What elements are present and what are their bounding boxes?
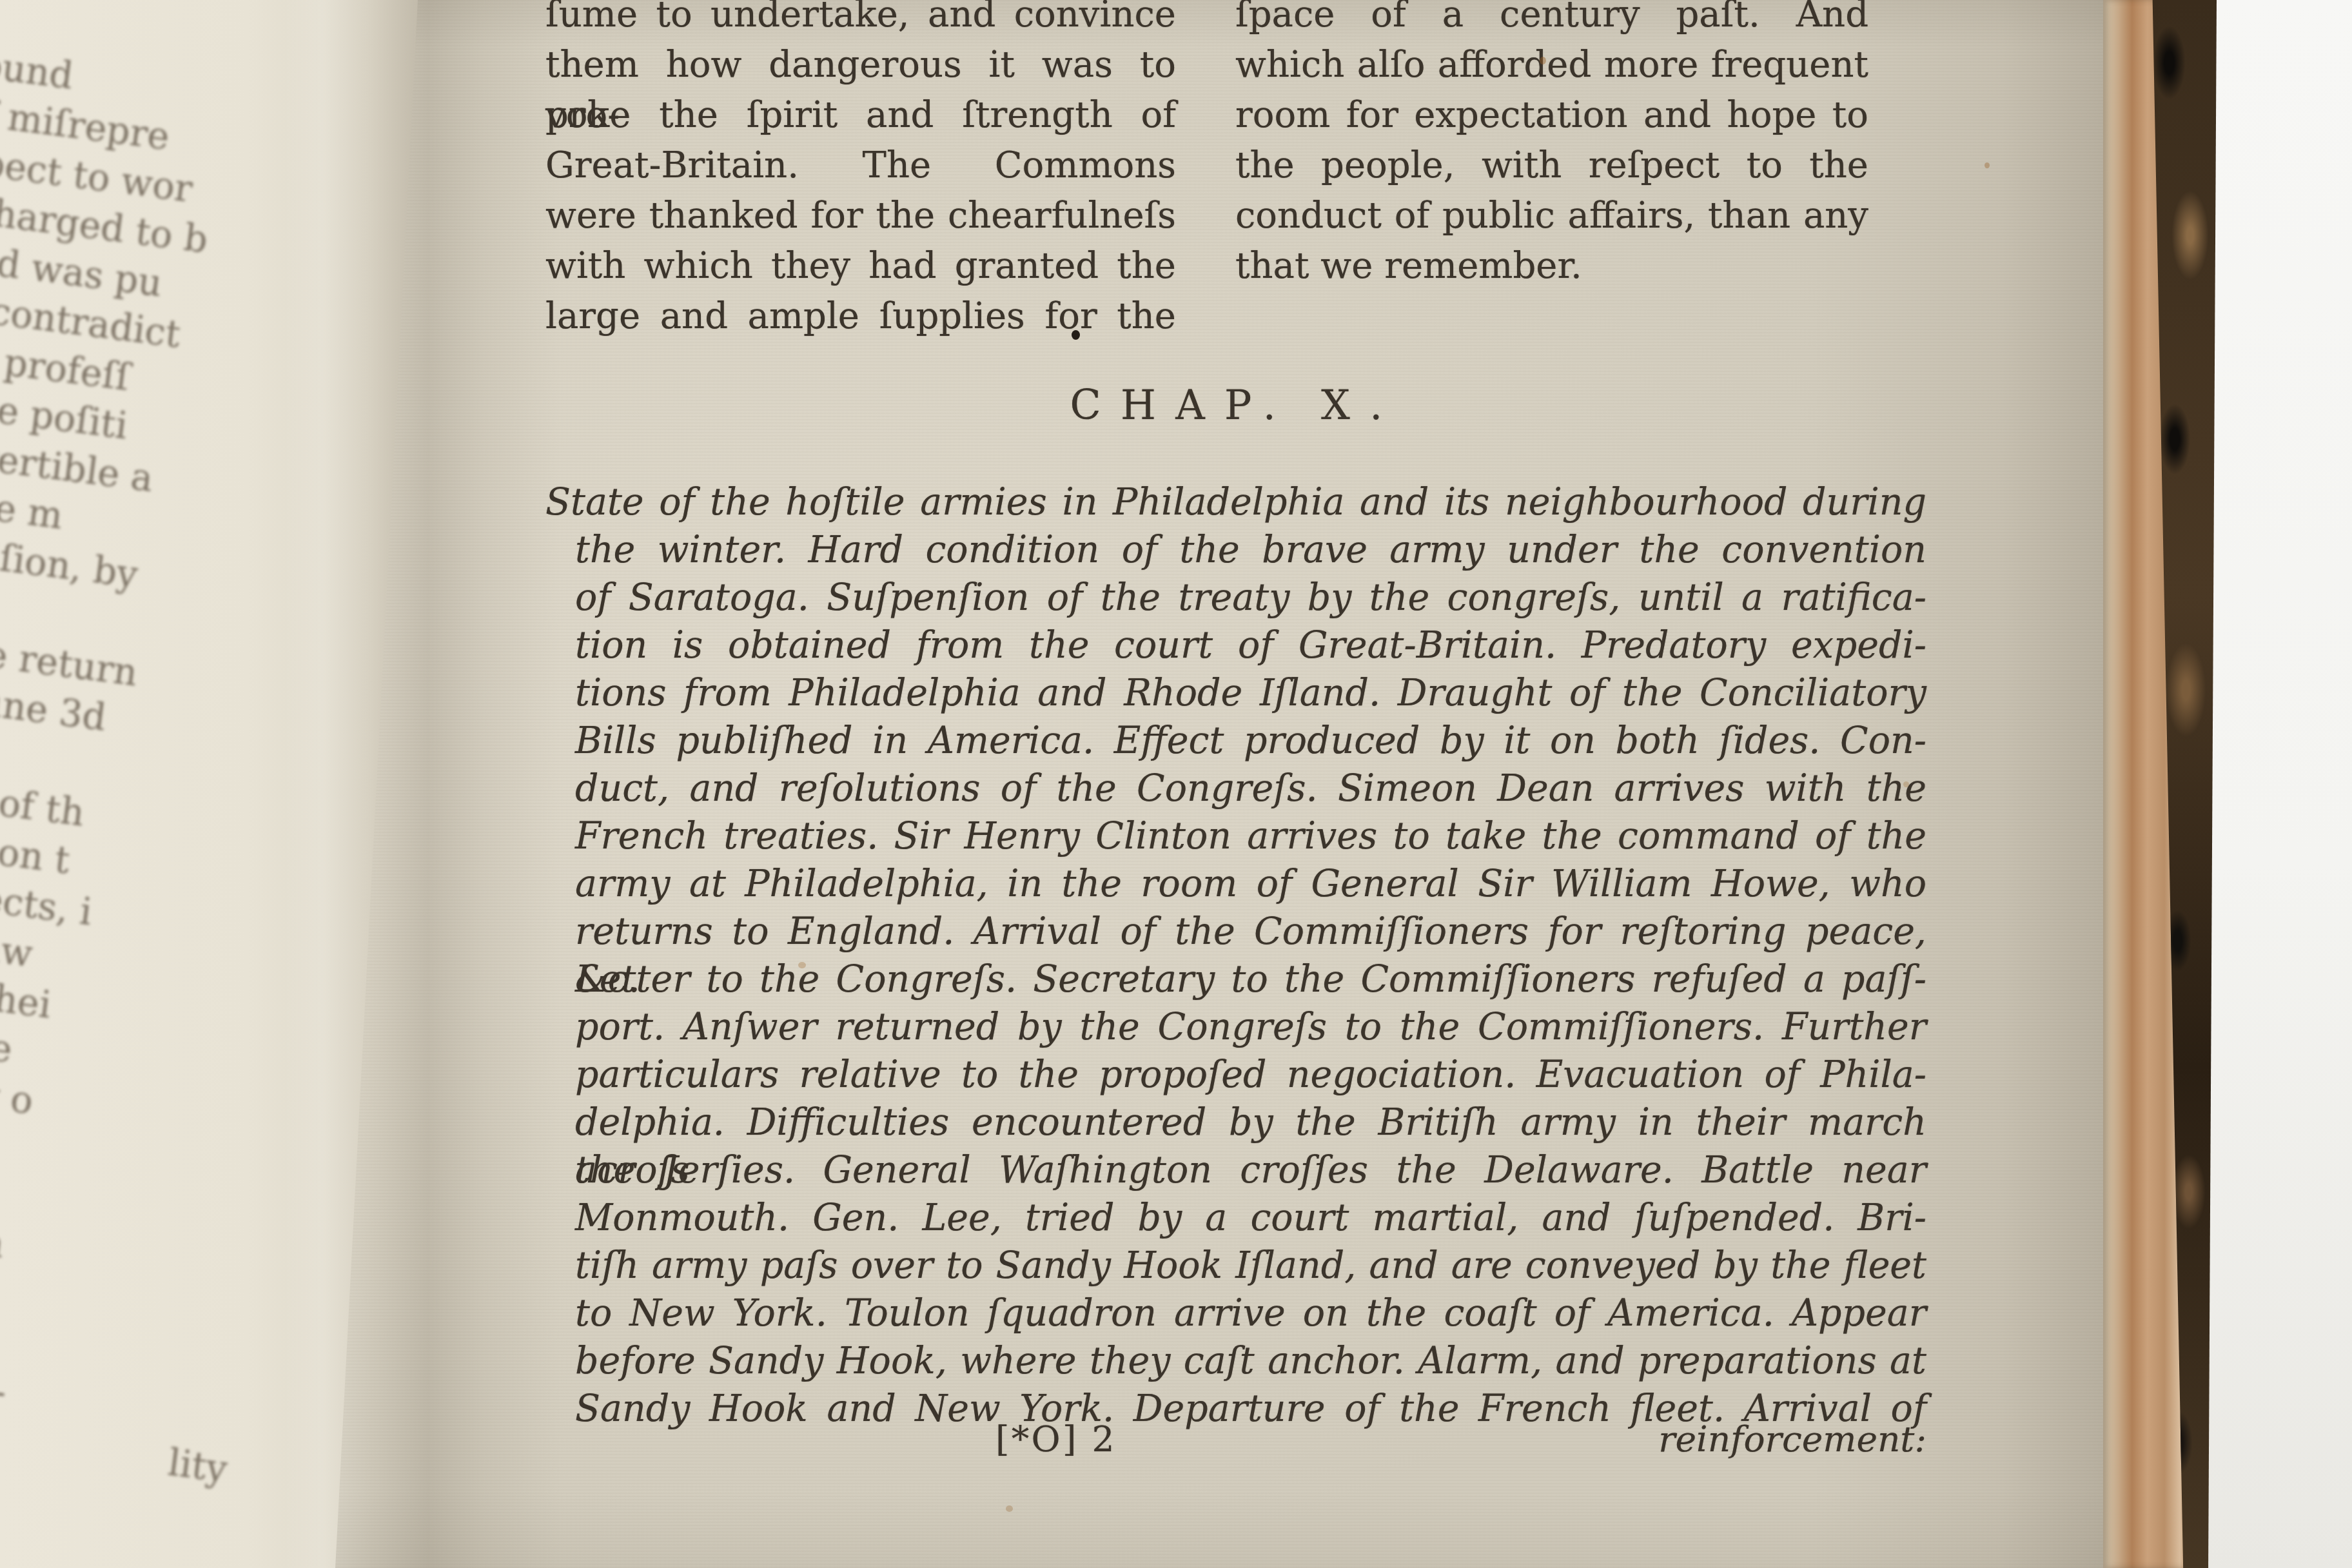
top-column-right: ſpace of a century paſt. Andwhich alſo a… — [1235, 0, 1868, 291]
foxing-spot — [1006, 1505, 1013, 1512]
signature-mark: [*O] 2 — [995, 1418, 1117, 1460]
ink-speck — [1072, 330, 1080, 340]
gutter-shadow — [284, 0, 561, 1568]
text-line: Bills publiſhed in America. Effect produ… — [575, 717, 1926, 765]
text-line: before Sandy Hook, where they caſt ancho… — [575, 1337, 1926, 1385]
foxing-spot — [1540, 57, 1546, 64]
text-line: army at Philadelphia, in the room of Gen… — [575, 860, 1926, 908]
text-line: Monmouth. Gen. Lee, tried by a court mar… — [575, 1194, 1926, 1242]
foxing-spot — [798, 962, 806, 968]
text-line: duct, and reſolutions of the Congreſs. S… — [575, 765, 1926, 812]
text-line: returns to England. Arrival of the Commi… — [575, 908, 1926, 955]
background — [2205, 0, 2352, 1568]
text-line: tion is obtained from the court of Great… — [575, 622, 1926, 669]
text-line: Letter to the Congreſs. Secretary to the… — [575, 955, 1926, 1003]
text-line: the people, with reſpect to the — [1235, 141, 1868, 191]
text-line: State of the hoſtile armies in Philadelp… — [545, 478, 1926, 526]
text-line: delphia. Difficulties encountered by the… — [575, 1099, 1926, 1146]
text-line: large and ample ſupplies for the — [545, 291, 1176, 342]
text-line: Great-Britain. The Commons — [545, 141, 1176, 191]
text-line: with which they had granted the — [545, 241, 1176, 291]
text-line: port. Anſwer returned by the Congreſs to… — [575, 1003, 1926, 1051]
page-foot: [*O] 2 reinforcement: — [545, 1418, 1926, 1470]
chapter-word: CHAP. — [1070, 382, 1296, 429]
foxing-spot — [1903, 781, 1909, 787]
text-line: tiſh army paſs over to Sandy Hook Iſland… — [575, 1242, 1926, 1289]
text-line: particulars relative to the propoſed neg… — [575, 1051, 1926, 1099]
text-line: ſpace of a century paſt. And — [1235, 0, 1868, 40]
text-line: room for expectation and hope to — [1235, 90, 1868, 141]
text-line: them how dangerous it was to pro- — [545, 40, 1176, 90]
text-line: conduct of public affairs, than any — [1235, 191, 1868, 241]
text-line: tions from Philadelphia and Rhode Iſland… — [575, 669, 1926, 717]
text-line: the winter. Hard condition of the brave … — [575, 526, 1926, 574]
text-line: to New York. Toulon ſquadron arrive on t… — [575, 1289, 1926, 1337]
book-photo: t, in the con he alſo again foundon to c… — [0, 0, 2352, 1568]
foxing-spot — [1984, 162, 1990, 168]
chapter-heading: CHAP.X. — [545, 382, 1926, 429]
text-line: the Jerſies. General Waſhington croſſes … — [575, 1146, 1926, 1194]
chapter-numeral: X. — [1321, 382, 1402, 429]
text-line: which alſo afforded more frequent — [1235, 40, 1868, 90]
text-line: were thanked for the chearfulneſs — [545, 191, 1176, 241]
chapter-summary: State of the hoſtile armies in Philadelp… — [545, 478, 1926, 1433]
text-line: ſume to undertake, and convince — [545, 0, 1176, 40]
catchword: reinforcement: — [1658, 1418, 1926, 1460]
text-line: of Saratoga. Suſpenſion of the treaty by… — [575, 574, 1926, 622]
text-line: French treaties. Sir Henry Clinton arriv… — [575, 812, 1926, 860]
text-line: that we remember. — [1235, 241, 1868, 291]
top-column-left: ſume to undertake, and convincethem how … — [545, 0, 1176, 342]
text-line: voke the ſpirit and ſtrength of — [545, 90, 1176, 141]
